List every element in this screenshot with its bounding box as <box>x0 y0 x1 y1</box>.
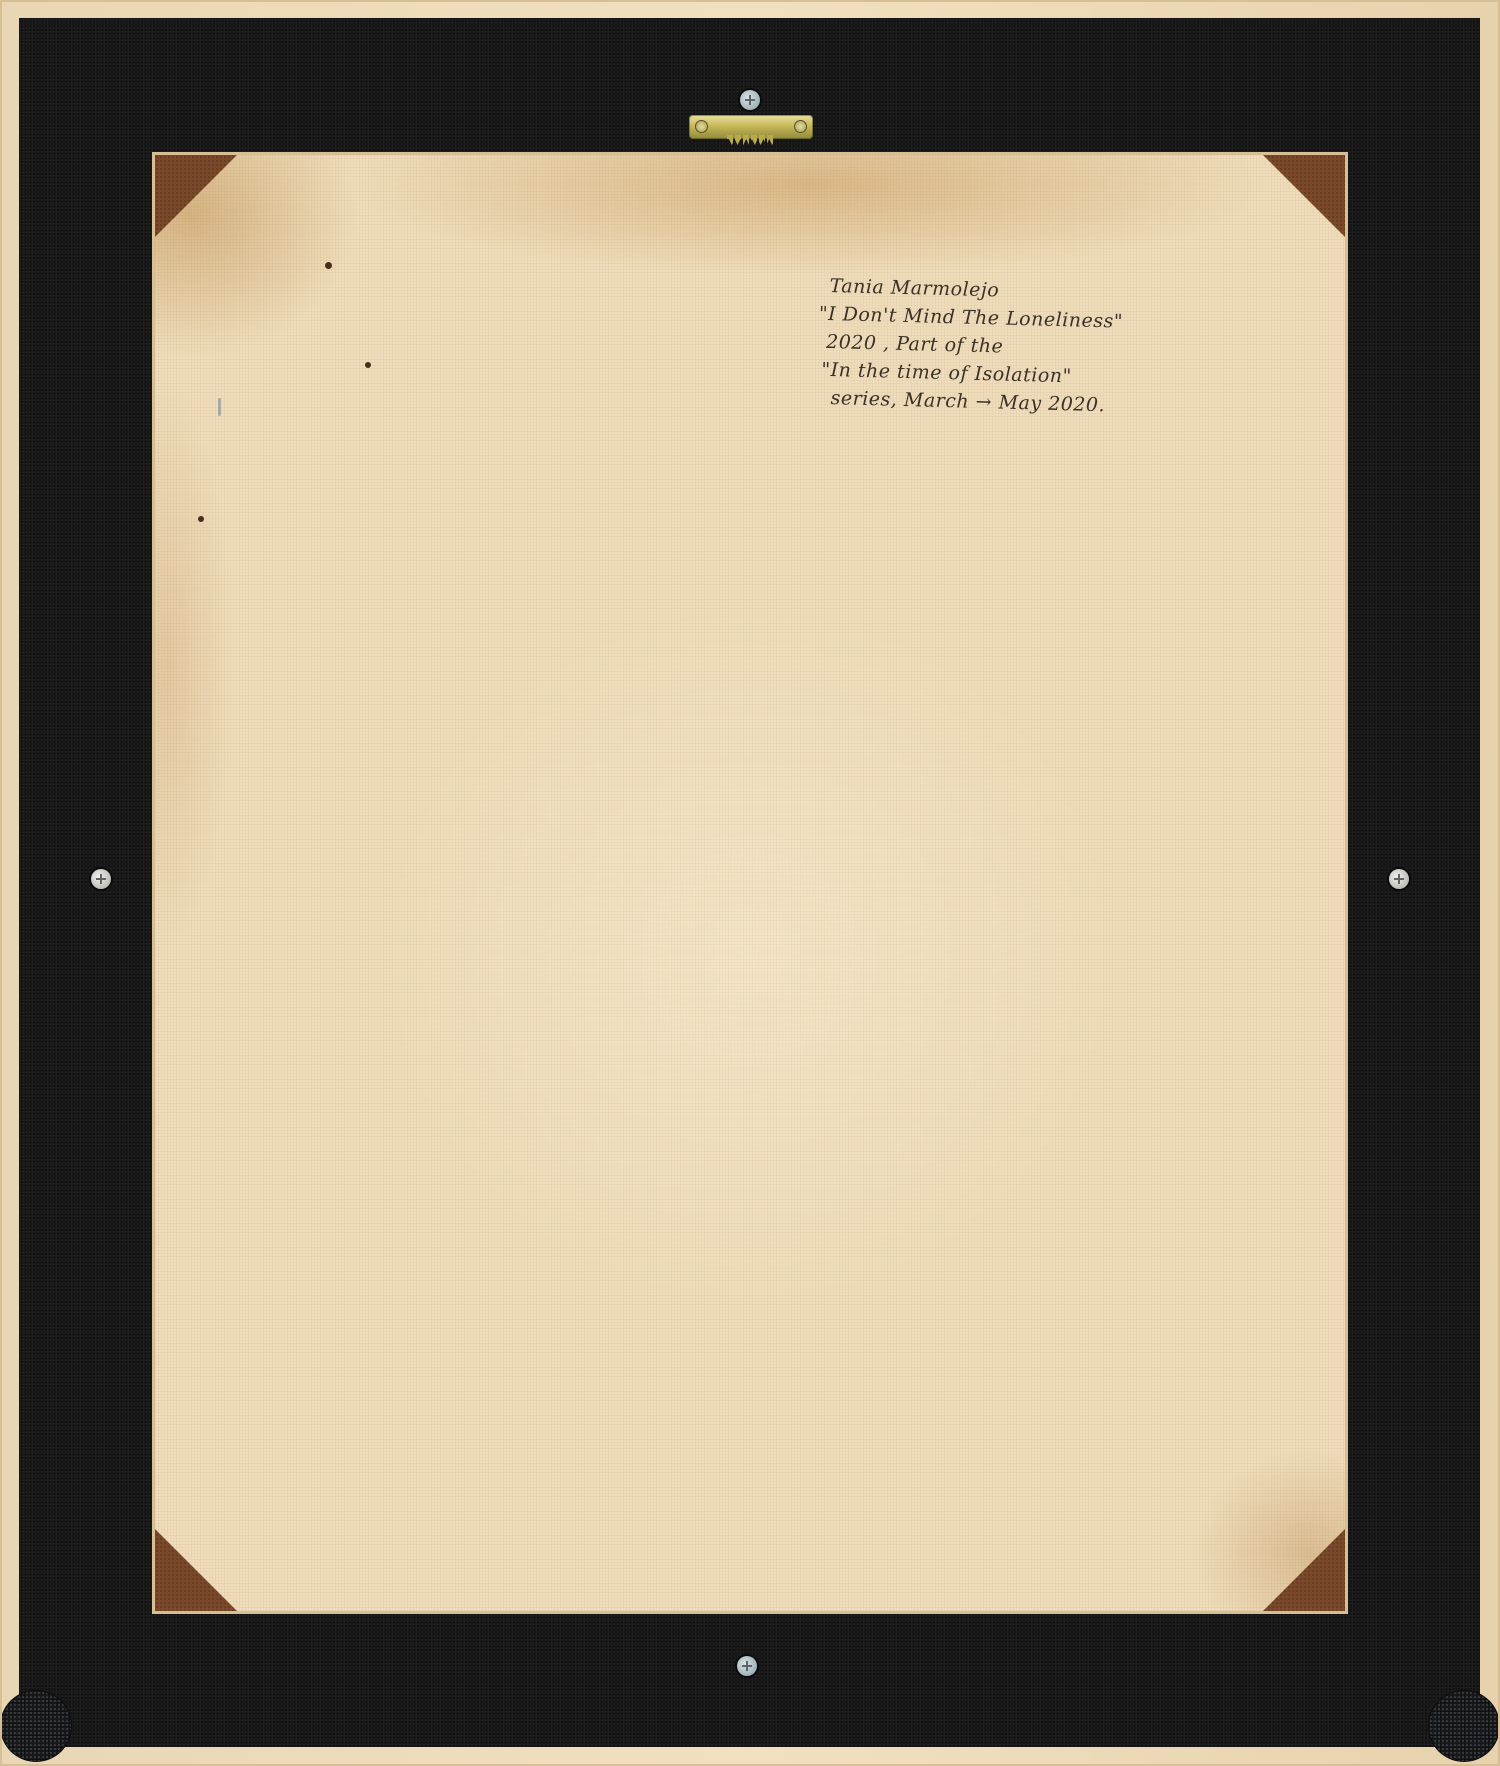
stain-spot <box>325 262 332 269</box>
canvas-stretcher: Tania Marmolejo "I Don't Mind The Loneli… <box>152 152 1348 1614</box>
canvas-back: Tania Marmolejo "I Don't Mind The Loneli… <box>155 155 1345 1611</box>
hanger-nail-hole-right <box>794 120 807 133</box>
left-screw-icon <box>91 869 111 889</box>
bottom-right-bumper-icon <box>1429 1691 1499 1761</box>
right-screw-icon <box>1389 869 1409 889</box>
corner-brace-bottom-left <box>155 1529 237 1611</box>
corner-brace-top-left <box>155 155 237 237</box>
stain-spot <box>218 398 221 416</box>
stain-spot <box>365 362 371 368</box>
corner-brace-bottom-right <box>1263 1529 1345 1611</box>
hanger-nail-hole-left <box>695 120 708 133</box>
handwritten-inscription: Tania Marmolejo "I Don't Mind The Loneli… <box>826 272 1250 423</box>
corner-brace-top-right <box>1263 155 1345 237</box>
wood-frame: Tania Marmolejo "I Don't Mind The Loneli… <box>0 0 1500 1766</box>
stain-spot <box>198 516 204 522</box>
sawtooth-hanger-icon <box>689 115 813 139</box>
top-screw-icon <box>740 90 760 110</box>
bottom-left-bumper-icon <box>1 1691 71 1761</box>
bottom-screw-icon <box>737 1656 757 1676</box>
